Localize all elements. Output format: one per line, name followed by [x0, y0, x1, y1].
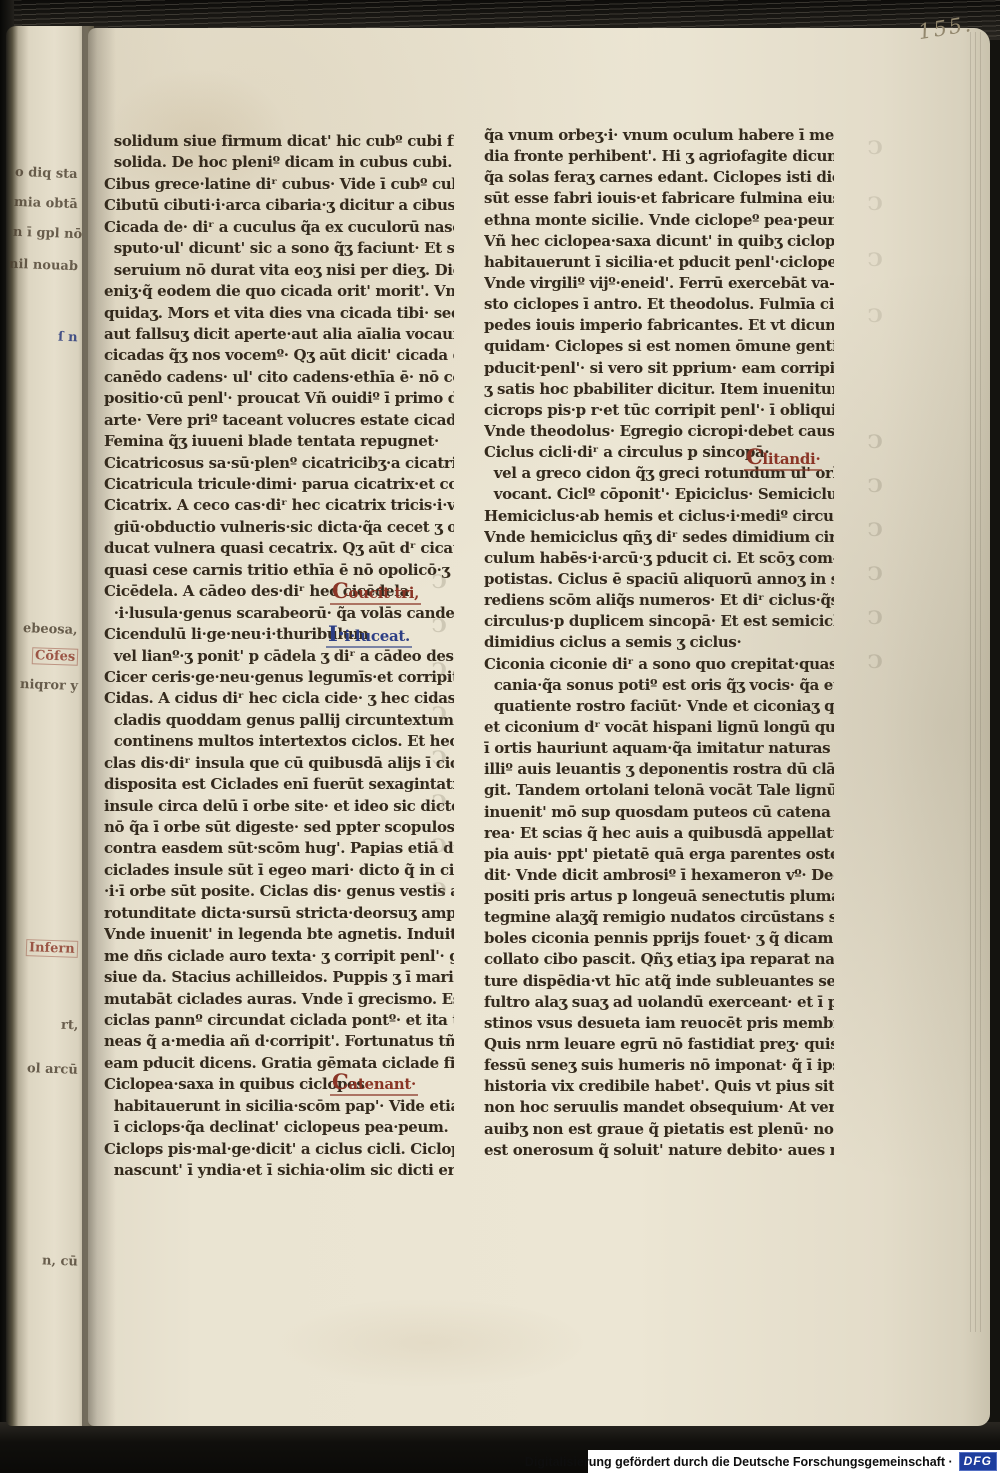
digitization-credit-bar: Digitalisierung gefördert durch die Deut… [588, 1450, 1000, 1473]
text-line: Vnde inuenit' in legenda bte agnetis. In… [104, 924, 454, 945]
dfg-logo: DFG [959, 1452, 997, 1471]
facing-page-text-fragments: o diq stamia obtān ī gpl nōnil nouabſ ne… [6, 26, 94, 1426]
verso-text-fragment: ebeosa, [23, 621, 78, 638]
text-line: disposita est Ciclades enī fuerūt sexagi… [104, 774, 454, 795]
text-line: pia auis· ppt' pietatē quā erga parentes… [484, 844, 834, 865]
verso-text-fragment: o diq sta [15, 165, 78, 182]
text-line: rediens scōm aliq̃s numeros· Et diʳ cicl… [484, 590, 834, 611]
text-line: positi pris artus p longeuā senectutis p… [484, 886, 834, 907]
text-line: culum habēs·i·arcū·ʒ pducit ci. Et scōʒ … [484, 548, 834, 569]
page-edge-lines [966, 32, 982, 1332]
text-line: tegmine alaʒq̃ remigio nudatos circūstan… [484, 907, 834, 928]
text-line: ī ortis hauriunt aquam·q̃a imitatur natu… [484, 738, 834, 759]
text-line: rea· Et scias q̃ hec auis a quibusdā app… [484, 823, 834, 844]
text-line: ·i·ī orbe sūt posite. Ciclas dis· genus … [104, 881, 454, 902]
text-line: q̃a vnum orbeʒ·i· vnum oculum habere ī m… [484, 125, 834, 146]
verso-text-fragment: niqror y [20, 677, 78, 694]
text-line: quatiente rostro faciūt· Vnde et ciconia… [484, 696, 834, 717]
text-line: circulus·p duplicem sincopā· Et est semi… [484, 611, 834, 632]
text-line: aut fallsuʒ dicit aperte·aut alia aīalia… [104, 324, 454, 345]
text-line: sūt esse fabri iouis·et fabricare fulmin… [484, 188, 834, 209]
parchment-stain [268, 1298, 588, 1388]
text-line: ʒ satis hoc pbabiliter dicitur. Item inu… [484, 379, 834, 400]
text-line: Cibus grece·latine diʳ cubus· Vide ī cub… [104, 174, 454, 195]
text-line: siue da. Stacius achilleidos. Puppis ʒ ī… [104, 967, 454, 988]
text-column-left: solidum siue firmum dicat' hic cubº cubi… [104, 131, 454, 1186]
text-line: fessū seneʒ suis humeris nō imponat· q̃ … [484, 1055, 834, 1076]
text-line: historia vix credibile habet'. Quis vt p… [484, 1076, 834, 1097]
text-line: Femina q̃ʒ iuueni blade tentata repugnet… [104, 431, 454, 452]
text-line: collato cibo pascit. Qñʒ etiaʒ ipa repar… [484, 949, 834, 970]
text-line: sputo·ul' dicunt' sic a sono q̃ʒ faciunt… [104, 238, 454, 259]
verso-text-fragment: ol arcū [27, 1061, 78, 1078]
text-line: habitauerunt ī sicilia·et pducit penl'·c… [484, 252, 834, 273]
text-line: ī ciclops·q̃a declinat' ciclopeus pea·pe… [104, 1117, 454, 1138]
rubricated-catchword: Coucit tri, [330, 578, 421, 605]
text-line: mutabāt ciclades auras. Vnde ī grecismo.… [104, 989, 454, 1010]
verso-text-fragment: ſ n [58, 330, 78, 346]
text-line: ture dispēdia·vt hīc atq̃ inde subleuant… [484, 971, 834, 992]
text-line: solidum siue firmum dicat' hic cubº cubi… [104, 131, 454, 152]
text-line: quidam· Ciclopes si est nomen ōmune gent… [484, 336, 834, 357]
verso-text-fragment: rt, [60, 1018, 78, 1034]
text-line: Cicada de· diʳ a cuculus q̃a ex cuculorū… [104, 217, 454, 238]
text-line: dit· Vnde dicit ambrosiº ī hexameron vº·… [484, 865, 834, 886]
text-line: clas dis·diʳ insula que cū quibusdā alij… [104, 753, 454, 774]
text-line: rotunditate dicta·sursū stricta·deorsuʒ … [104, 903, 454, 924]
text-line: inuenit' mō sup quosdam puteos cū catena… [484, 802, 834, 823]
text-line: insule circa delū ī orbe site· et ideo s… [104, 796, 454, 817]
text-line: est onerosum q̃ soluit' nature debito· a… [484, 1140, 834, 1161]
text-line: ethna monte sicilie. Vnde ciclopeº pea·p… [484, 210, 834, 231]
text-line: pducit·penl'· si vero sit pprium· eam co… [484, 358, 834, 379]
digitization-credit-text: Digitalisierung gefördert durch die Deut… [525, 1455, 953, 1469]
text-line: Cidas. A cidus diʳ hec cicla cide· ʒ hec… [104, 688, 454, 709]
text-line: canēdo cadens· ul' cito cadens·ethīa ē· … [104, 367, 454, 388]
book-scan: o diq stamia obtān ī gpl nōnil nouabſ ne… [0, 0, 1000, 1473]
text-line: vel lianº·ʒ ponit' p cādela ʒ diʳ a cāde… [104, 646, 454, 667]
text-line: fultro alaʒ suaʒ ad uolandū exerceant· e… [484, 992, 834, 1013]
text-line: cladis quoddam genus pallij circuntextum… [104, 710, 454, 731]
facing-page-edge: o diq stamia obtān ī gpl nōnil nouabſ ne… [6, 26, 94, 1426]
text-line: arte· Vere priº taceant volucres estate … [104, 410, 454, 431]
text-line: ciclades insule sūt ī egeo mari· dicto q… [104, 860, 454, 881]
verso-text-fragment: Infern [26, 939, 78, 958]
text-line: Vnde virgiliº vijº·eneid'. Ferrū exerceb… [484, 273, 834, 294]
verso-text-fragment: Cōfes [32, 647, 79, 666]
text-line: quidaʒ. Mors et vita dies vna cicada tib… [104, 303, 454, 324]
text-line: positio·cū penl'· proucat Vñ ouidiº ī pr… [104, 388, 454, 409]
text-line: ciclas pannº circundat ciclada pontº· et… [104, 1010, 454, 1031]
text-line: ducat vulnera quasi cecatrix. Qʒ aūt dʳ … [104, 538, 454, 559]
text-line: giū·obductio vulneris·sic dicta·q̃a cece… [104, 517, 454, 538]
text-line: potistas. Ciclus ē spaciū aliquorū annoʒ… [484, 569, 834, 590]
rubricated-catchword: I·i·luceat. [326, 621, 412, 648]
text-line: seruium nō durat vita eoʒ nisi per dieʒ.… [104, 260, 454, 281]
text-line: Cicatricula tricule·dimi· parua cicatrix… [104, 474, 454, 495]
text-line: me dñs ciclade auro texta· ʒ corripit pe… [104, 946, 454, 967]
text-line: Ciconia ciconie diʳ a sono quo crepitat·… [484, 654, 834, 675]
text-line: cicrops pis·p r·et tūc corripit penl'· ī… [484, 400, 834, 421]
text-line: Cicer ceris·ge·neu·genus legumīs·et corr… [104, 667, 454, 688]
text-line: vocant. Ciclº cōponit'· Epiciclus· Semic… [484, 484, 834, 505]
verso-text-fragment: mia obtā [14, 195, 78, 212]
text-line: sto ciclopes ī antro. Et theodolus. Fulm… [484, 294, 834, 315]
text-line: eniʒ·q̃ eodem die quo cicada orit' morit… [104, 281, 454, 302]
text-line: Cicatricosus sa·sū·plenº cicatricibʒ·a c… [104, 453, 454, 474]
rubricated-catchword: Clitandi· [744, 444, 822, 471]
text-line: auibʒ non est graue q̃ pietatis est plen… [484, 1119, 834, 1140]
text-line: Ciclops pis·mal·ge·dicit' a ciclus cicli… [104, 1139, 454, 1160]
text-line: solida. De hoc pleniº dicam in cubus cub… [104, 152, 454, 173]
text-line: non hoc seruulis mandet obsequium· At ve… [484, 1097, 834, 1118]
text-line: boles ciconia pennis pprijs fouet· ʒ q̃ … [484, 928, 834, 949]
text-line: cania·q̃a sonus potiº est oris q̃ʒ vocis… [484, 675, 834, 696]
text-line: contra easdem sūt·scōm hug'. Papias etiā… [104, 838, 454, 859]
text-line: Cibutū cibuti·i·arca cibaria·ʒ dicitur a… [104, 195, 454, 216]
rubricated-catchword: Catenant· [330, 1069, 418, 1096]
text-line: continens multos intertextos ciclos. Et … [104, 731, 454, 752]
text-line: Vnde theodolus· Egregio cicropi·debet ca… [484, 421, 834, 442]
text-line: dimidius ciclus a semis ʒ ciclus· [484, 632, 834, 653]
text-line: nō q̃a ī orbe sūt digeste· sed ppter sco… [104, 817, 454, 838]
verso-text-fragment: n ī gpl nō [13, 225, 83, 242]
text-line: nascunt' ī yndia·et ī sichia·olim sic di… [104, 1160, 454, 1181]
text-line: pedes iouis imperio fabricantes. Et vt d… [484, 315, 834, 336]
text-line: dia fronte perhibent'. Hi ʒ agriofagite … [484, 146, 834, 167]
text-line: Hemiciclus·ab hemis et ciclus·i·mediº ci… [484, 506, 834, 527]
text-line: git. Tandem ortolani telonā vocāt Tale l… [484, 780, 834, 801]
text-line: neas q̃ a·media añ d·corripit'. Fortunat… [104, 1031, 454, 1052]
text-line: q̃a solas feraʒ carnes edant. Ciclopes i… [484, 167, 834, 188]
text-line: habitauerunt in sicilia·scōm pap'· Vide … [104, 1096, 454, 1117]
text-line: stinos vsus desueta iam reuocēt pris mem… [484, 1013, 834, 1034]
text-line: Cicatrix. A ceco cas·diʳ hec cicatrix tr… [104, 495, 454, 516]
text-column-right: q̃a vnum orbeʒ·i· vnum oculum habere ī m… [484, 125, 834, 1165]
text-line: Vñ hec ciclopea·saxa dicunt' in quibʒ ci… [484, 231, 834, 252]
text-line: et ciconium dʳ vocāt hispani lignū longū… [484, 717, 834, 738]
text-line: cicadas q̃ʒ nos vocemº· Qʒ aūt dicit' ci… [104, 345, 454, 366]
verso-text-fragment: n, cū [42, 1253, 78, 1269]
text-line: Quis nrm leuare egrū nō fastidiat preʒ· … [484, 1034, 834, 1055]
text-line: Vnde hemiciclus qñʒ diʳ sedes dimidium c… [484, 527, 834, 548]
text-line: illiº auis leuantis ʒ deponentis rostra … [484, 759, 834, 780]
verso-text-fragment: nil nouab [9, 257, 78, 274]
